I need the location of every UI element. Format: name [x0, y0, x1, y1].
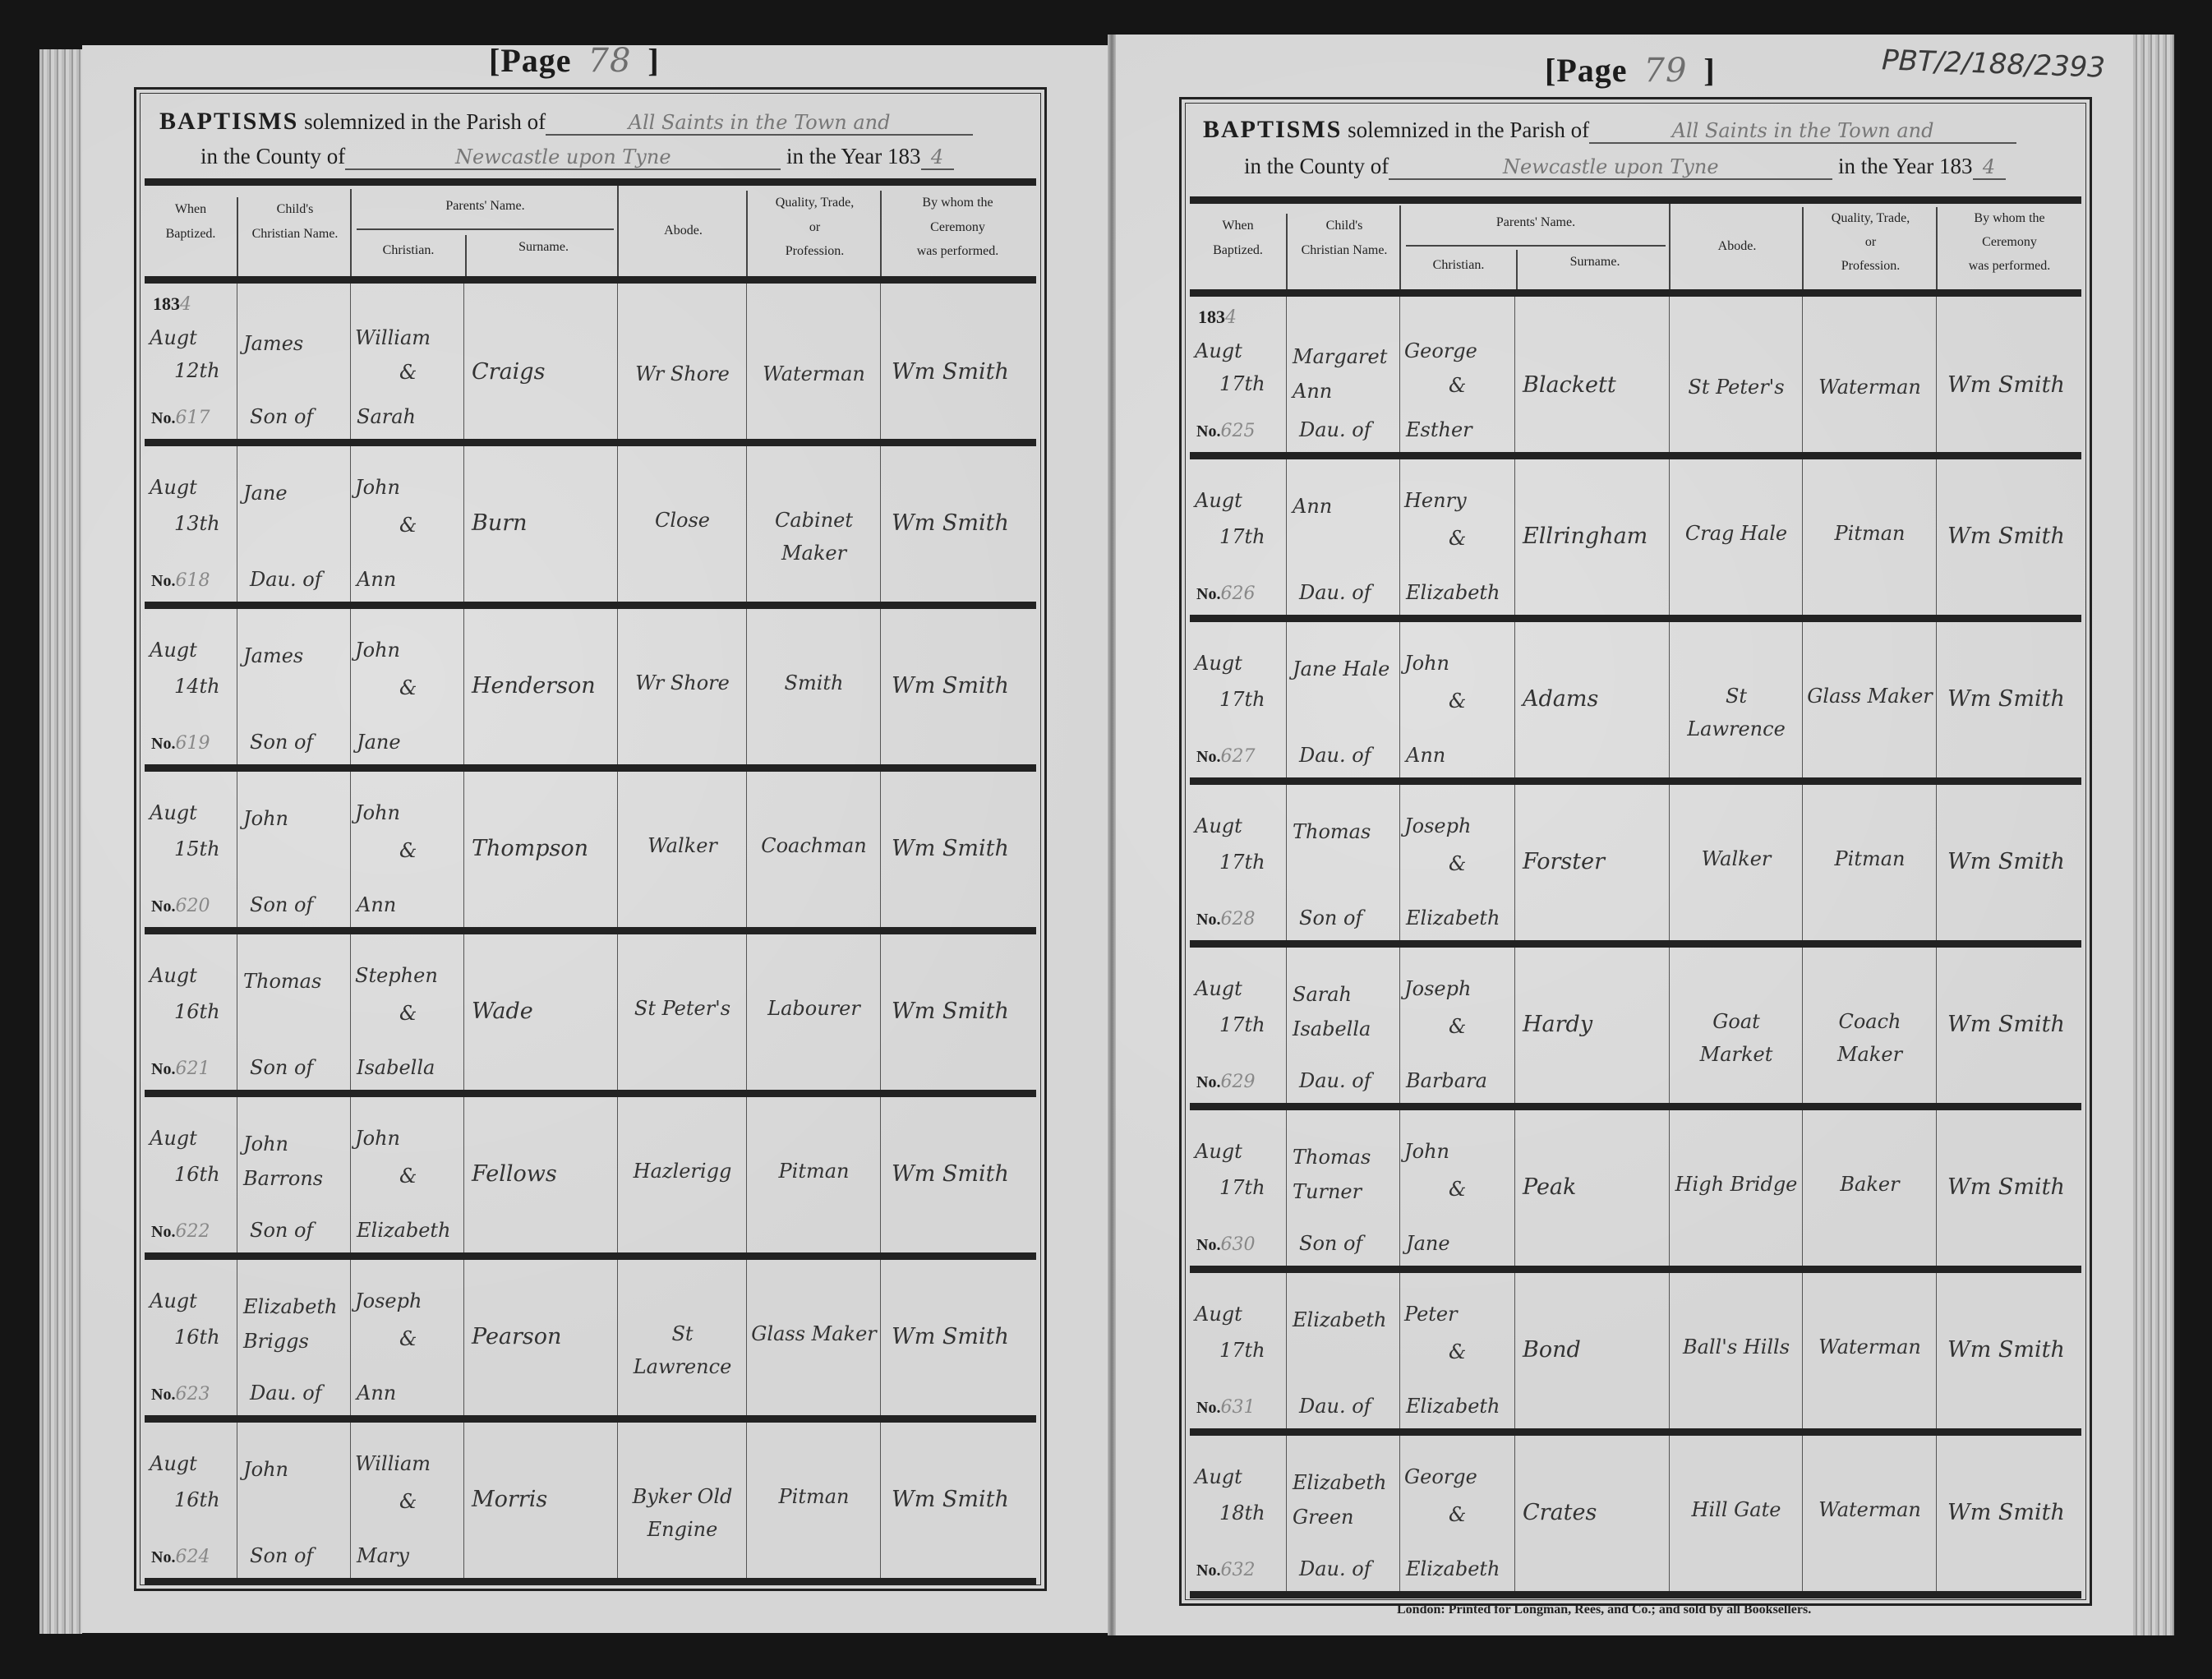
officiant: Wm Smith	[1947, 849, 2065, 874]
profession: Waterman	[751, 357, 877, 390]
entry-number: No.628	[1196, 909, 1255, 929]
father-name: William	[355, 1452, 431, 1475]
baptism-day: 16th	[174, 1488, 220, 1511]
entry-number: No.623	[151, 1384, 210, 1405]
profession: Waterman	[1807, 1331, 1933, 1363]
relation: Dau. of	[1299, 1395, 1371, 1418]
mother-name: Elizabeth	[1406, 1395, 1500, 1418]
baptism-month: Augt	[1195, 1465, 1242, 1488]
parish-field: All Saints in the Town and	[1589, 119, 2016, 144]
abode: Hill Gate	[1674, 1493, 1799, 1526]
left-page-number: [Page78]	[489, 41, 660, 80]
officiant: Wm Smith	[1947, 1500, 2065, 1525]
officiant: Wm Smith	[892, 359, 1009, 385]
ampersand: &	[399, 1165, 417, 1188]
ampersand: &	[1449, 374, 1466, 397]
year-field: 4	[1973, 155, 2006, 180]
abode: Hazlerigg	[622, 1155, 743, 1188]
book-spine	[1108, 35, 1116, 1635]
row-rule	[1190, 1266, 2081, 1273]
abode: St Peter's	[622, 992, 743, 1025]
baptism-month: Augt	[1195, 814, 1242, 837]
table-row: Augt17thNo.627Jane HaleDau. ofJohn&AnnAd…	[1190, 622, 2081, 785]
relation: Son of	[250, 893, 313, 916]
abode: Goat Market	[1674, 1005, 1799, 1071]
father-name: George	[1404, 339, 1477, 362]
abode: St Lawrence	[622, 1317, 743, 1383]
row-rule	[145, 1252, 1036, 1260]
mother-name: Elizabeth	[357, 1219, 451, 1242]
header-rule	[145, 276, 1036, 284]
table-row: Augt16thNo.621ThomasSon ofStephen&Isabel…	[145, 934, 1036, 1097]
surname: Craigs	[472, 359, 545, 385]
officiant: Wm Smith	[1947, 1012, 2065, 1037]
mother-name: Sarah	[357, 405, 416, 428]
ampersand: &	[1449, 1015, 1466, 1038]
baptism-day: 17th	[1219, 525, 1265, 548]
abode: Byker Old Engine	[622, 1480, 743, 1546]
row-rule	[1190, 940, 2081, 948]
surname: Hardy	[1523, 1012, 1592, 1037]
profession: Pitman	[1807, 842, 1933, 875]
entry-number: No.618	[151, 570, 210, 591]
baptism-day: 17th	[1219, 1339, 1265, 1362]
ampersand: &	[1449, 690, 1466, 713]
entry-number: No.629	[1196, 1072, 1255, 1092]
row-rule	[145, 927, 1036, 934]
baptism-day: 13th	[174, 512, 220, 535]
officiant: Wm Smith	[892, 510, 1009, 536]
baptism-day: 16th	[174, 1163, 220, 1186]
relation: Dau. of	[250, 1381, 322, 1405]
father-name: William	[355, 326, 431, 349]
father-name: John	[1404, 652, 1449, 675]
relation: Son of	[250, 1544, 313, 1567]
surname: Pearson	[472, 1324, 561, 1349]
father-name: Henry	[1404, 489, 1467, 512]
year-label: 1834	[1198, 307, 1237, 328]
surname: Peak	[1523, 1174, 1576, 1200]
entry-number: No.622	[151, 1221, 210, 1242]
child-name: Elizabeth	[1293, 1303, 1396, 1337]
table-row: Augt17thNo.629Sarah IsabellaDau. ofJosep…	[1190, 948, 2081, 1110]
mother-name: Jane	[357, 731, 401, 754]
abode: Wr Shore	[622, 667, 743, 699]
baptism-month: Augt	[150, 801, 197, 824]
row-rule	[145, 602, 1036, 609]
right-page-edges	[2133, 35, 2174, 1635]
entry-number: No.619	[151, 733, 210, 754]
surname: Blackett	[1523, 372, 1616, 398]
ampersand: &	[399, 676, 417, 699]
relation: Dau. of	[1299, 1557, 1371, 1580]
relation: Son of	[1299, 1232, 1362, 1255]
row-rule	[1190, 452, 2081, 459]
entry-number: No.631	[1196, 1397, 1255, 1418]
baptism-month: Augt	[150, 326, 197, 349]
row-rule	[145, 439, 1036, 446]
table-row: Augt14thNo.619JamesSon ofJohn&JaneHender…	[145, 609, 1036, 772]
baptism-month: Augt	[150, 476, 197, 499]
surname: Crates	[1523, 1500, 1597, 1525]
relation: Dau. of	[1299, 1069, 1371, 1092]
ampersand: &	[399, 1327, 417, 1350]
profession: Glass Maker	[751, 1317, 877, 1350]
surname: Burn	[472, 510, 528, 536]
officiant: Wm Smith	[1947, 372, 2065, 398]
entry-number: No.624	[151, 1547, 210, 1567]
mother-name: Jane	[1406, 1232, 1450, 1255]
ampersand: &	[399, 839, 417, 862]
father-name: Joseph	[1404, 977, 1471, 1000]
officiant: Wm Smith	[1947, 1337, 2065, 1363]
abode: Wr Shore	[622, 357, 743, 390]
column-headers: WhenBaptized. Child'sChristian Name. Par…	[145, 186, 1036, 276]
profession: Smith	[751, 667, 877, 699]
father-name: George	[1404, 1465, 1477, 1488]
officiant: Wm Smith	[892, 999, 1009, 1024]
profession: Waterman	[1807, 1493, 1933, 1526]
baptism-day: 18th	[1219, 1501, 1265, 1524]
table-row: Augt16thNo.623Elizabeth BriggsDau. ofJos…	[145, 1260, 1036, 1423]
mother-name: Ann	[357, 893, 396, 916]
entry-number: No.627	[1196, 746, 1255, 767]
baptism-day: 17th	[1219, 372, 1265, 395]
baptism-month: Augt	[150, 1127, 197, 1150]
profession: Cabinet Maker	[751, 504, 877, 570]
baptism-day: 17th	[1219, 1013, 1265, 1036]
right-page-number: [Page79]	[1545, 51, 1716, 90]
left-register-table: BAPTISMS solemnized in the Parish ofAll …	[134, 87, 1047, 1591]
row-rule	[1190, 777, 2081, 785]
title-rule	[145, 178, 1036, 186]
entry-number: No.625	[1196, 421, 1255, 441]
profession: Pitman	[1807, 517, 1933, 550]
surname: Fellows	[472, 1161, 557, 1187]
mother-name: Isabella	[357, 1056, 435, 1079]
officiant: Wm Smith	[892, 673, 1009, 699]
relation: Son of	[250, 731, 313, 754]
baptism-month: Augt	[1195, 652, 1242, 675]
relation: Son of	[250, 1056, 313, 1079]
surname: Wade	[472, 999, 533, 1024]
profession: Pitman	[751, 1155, 877, 1188]
mother-name: Ann	[357, 568, 396, 591]
profession: Pitman	[751, 1480, 877, 1513]
header-rule	[1190, 289, 2081, 297]
row-rule	[1190, 1591, 2081, 1598]
baptism-month: Augt	[1195, 1140, 1242, 1163]
baptism-day: 14th	[174, 675, 220, 698]
ampersand: &	[1449, 1503, 1466, 1526]
father-name: John	[355, 801, 400, 824]
baptism-month: Augt	[1195, 977, 1242, 1000]
entry-number: No.626	[1196, 583, 1255, 604]
table-row: Augt18thNo.632Elizabeth GreenDau. ofGeor…	[1190, 1436, 2081, 1598]
father-name: John	[1404, 1140, 1449, 1163]
mother-name: Ann	[1406, 744, 1445, 767]
surname: Adams	[1523, 686, 1598, 712]
relation: Dau. of	[1299, 744, 1371, 767]
profession: Labourer	[751, 992, 877, 1025]
baptism-day: 15th	[174, 837, 220, 860]
father-name: Peter	[1404, 1303, 1458, 1326]
ampersand: &	[399, 1490, 417, 1513]
mother-name: Mary	[357, 1544, 409, 1567]
baptism-month: Augt	[1195, 1303, 1242, 1326]
officiant: Wm Smith	[1947, 686, 2065, 712]
relation: Dau. of	[1299, 581, 1371, 604]
row-rule	[1190, 1428, 2081, 1436]
surname: Bond	[1523, 1337, 1581, 1363]
left-page-edges	[39, 49, 82, 1634]
child-name: James	[243, 326, 347, 361]
county-field: Newcastle upon Tyne	[345, 145, 781, 170]
table-row: Augt16thNo.624JohnSon ofWilliam&MaryMorr…	[145, 1423, 1036, 1585]
abode: Walker	[622, 829, 743, 862]
right-register-table: BAPTISMS solemnized in the Parish ofAll …	[1179, 97, 2092, 1606]
officiant: Wm Smith	[892, 836, 1009, 861]
ampersand: &	[1449, 1178, 1466, 1201]
relation: Dau. of	[1299, 418, 1371, 441]
abode: Close	[622, 504, 743, 537]
baptism-month: Augt	[1195, 339, 1242, 362]
ampersand: &	[1449, 852, 1466, 875]
abode: Crag Hale	[1674, 517, 1799, 550]
father-name: John	[355, 639, 400, 662]
child-name: John Barrons	[243, 1127, 347, 1196]
child-name: John	[243, 801, 347, 836]
ampersand: &	[1449, 527, 1466, 550]
child-name: Thomas	[243, 964, 347, 999]
row-rule	[145, 1415, 1036, 1423]
father-name: John	[355, 1127, 400, 1150]
entry-number: No.620	[151, 896, 210, 916]
child-name: Margaret Ann	[1293, 339, 1396, 408]
table-row: Augt16thNo.622John BarronsSon ofJohn&Eli…	[145, 1097, 1036, 1260]
title-rule	[1190, 196, 2081, 204]
entry-number: No.630	[1196, 1234, 1255, 1255]
child-name: Thomas Turner	[1293, 1140, 1396, 1209]
father-name: John	[355, 476, 400, 499]
relation: Son of	[250, 1219, 313, 1242]
father-name: Stephen	[355, 964, 438, 987]
row-rule	[145, 764, 1036, 772]
surname: Ellringham	[1523, 524, 1647, 549]
table-row: Augt17thNo.631ElizabethDau. ofPeter&Eliz…	[1190, 1273, 2081, 1436]
relation: Son of	[250, 405, 313, 428]
table-row: Augt13thNo.618JaneDau. ofJohn&AnnBurnClo…	[145, 446, 1036, 609]
baptism-day: 17th	[1219, 688, 1265, 711]
child-name: Sarah Isabella	[1293, 977, 1396, 1046]
abode: Ball's Hills	[1674, 1331, 1799, 1363]
row-rule	[1190, 1103, 2081, 1110]
ampersand: &	[399, 514, 417, 537]
officiant: Wm Smith	[892, 1324, 1009, 1349]
row-rule	[145, 1578, 1036, 1585]
table-row: Augt15thNo.620JohnSon ofJohn&AnnThompson…	[145, 772, 1036, 934]
printer-imprint: London: Printed for Longman, Rees, and C…	[1397, 1603, 1811, 1617]
officiant: Wm Smith	[892, 1161, 1009, 1187]
father-name: Joseph	[1404, 814, 1471, 837]
table-row: Augt17thNo.628ThomasSon ofJoseph&Elizabe…	[1190, 785, 2081, 948]
abode: High Bridge	[1674, 1168, 1799, 1201]
child-name: John	[243, 1452, 347, 1487]
officiant: Wm Smith	[1947, 1174, 2065, 1200]
ampersand: &	[399, 1002, 417, 1025]
abode: St Lawrence	[1674, 680, 1799, 745]
baptism-day: 16th	[174, 1000, 220, 1023]
table-row: 1834Augt17thNo.625Margaret AnnDau. ofGeo…	[1190, 297, 2081, 459]
baptism-day: 17th	[1219, 1176, 1265, 1199]
abode: St Peter's	[1674, 371, 1799, 404]
child-name: Jane	[243, 476, 347, 510]
ampersand: &	[399, 361, 417, 384]
row-rule	[145, 1090, 1036, 1097]
parish-field: All Saints in the Town and	[546, 111, 973, 136]
profession: Coach Maker	[1807, 1005, 1933, 1071]
county-field: Newcastle upon Tyne	[1389, 155, 1832, 180]
abode: Walker	[1674, 842, 1799, 875]
baptism-month: Augt	[150, 639, 197, 662]
ampersand: &	[1449, 1340, 1466, 1363]
register-title: BAPTISMS solemnized in the Parish ofAll …	[1182, 99, 2090, 190]
baptism-month: Augt	[1195, 489, 1242, 512]
baptism-day: 17th	[1219, 851, 1265, 874]
table-row: Augt17thNo.626AnnDau. ofHenry&ElizabethE…	[1190, 459, 2081, 622]
table-row: 1834Augt12thNo.617JamesSon ofWilliam&Sar…	[145, 284, 1036, 446]
entry-number: No.617	[151, 408, 210, 428]
officiant: Wm Smith	[892, 1487, 1009, 1512]
column-headers: WhenBaptized. Child'sChristian Name. Par…	[1190, 204, 2081, 289]
baptism-month: Augt	[150, 1289, 197, 1312]
baptism-day: 12th	[174, 359, 220, 382]
baptism-month: Augt	[150, 964, 197, 987]
row-rule	[1190, 615, 2081, 622]
surname: Henderson	[472, 673, 596, 699]
child-name: Thomas	[1293, 814, 1396, 849]
child-name: Elizabeth Briggs	[243, 1289, 347, 1358]
mother-name: Elizabeth	[1406, 1557, 1500, 1580]
profession: Coachman	[751, 829, 877, 862]
table-row: Augt17thNo.630Thomas TurnerSon ofJohn&Ja…	[1190, 1110, 2081, 1273]
child-name: Ann	[1293, 489, 1396, 524]
father-name: Joseph	[355, 1289, 422, 1312]
mother-name: Elizabeth	[1406, 581, 1500, 604]
year-label: 1834	[153, 293, 191, 315]
entry-number: No.632	[1196, 1560, 1255, 1580]
surname: Morris	[472, 1487, 547, 1512]
surname: Forster	[1523, 849, 1605, 874]
baptism-day: 16th	[174, 1326, 220, 1349]
entry-number: No.621	[151, 1059, 210, 1079]
year-field: 4	[921, 145, 954, 170]
relation: Dau. of	[250, 568, 322, 591]
register-title: BAPTISMS solemnized in the Parish ofAll …	[136, 90, 1044, 180]
relation: Son of	[1299, 906, 1362, 929]
profession: Glass Maker	[1807, 680, 1933, 713]
child-name: James	[243, 639, 347, 673]
child-name: Jane Hale	[1293, 652, 1396, 686]
profession: Baker	[1807, 1168, 1933, 1201]
officiant: Wm Smith	[1947, 524, 2065, 549]
child-name: Elizabeth Green	[1293, 1465, 1396, 1534]
mother-name: Esther	[1406, 418, 1472, 441]
profession: Waterman	[1807, 371, 1933, 404]
mother-name: Barbara	[1406, 1069, 1487, 1092]
baptism-month: Augt	[150, 1452, 197, 1475]
surname: Thompson	[472, 836, 588, 861]
mother-name: Ann	[357, 1381, 396, 1405]
mother-name: Elizabeth	[1406, 906, 1500, 929]
